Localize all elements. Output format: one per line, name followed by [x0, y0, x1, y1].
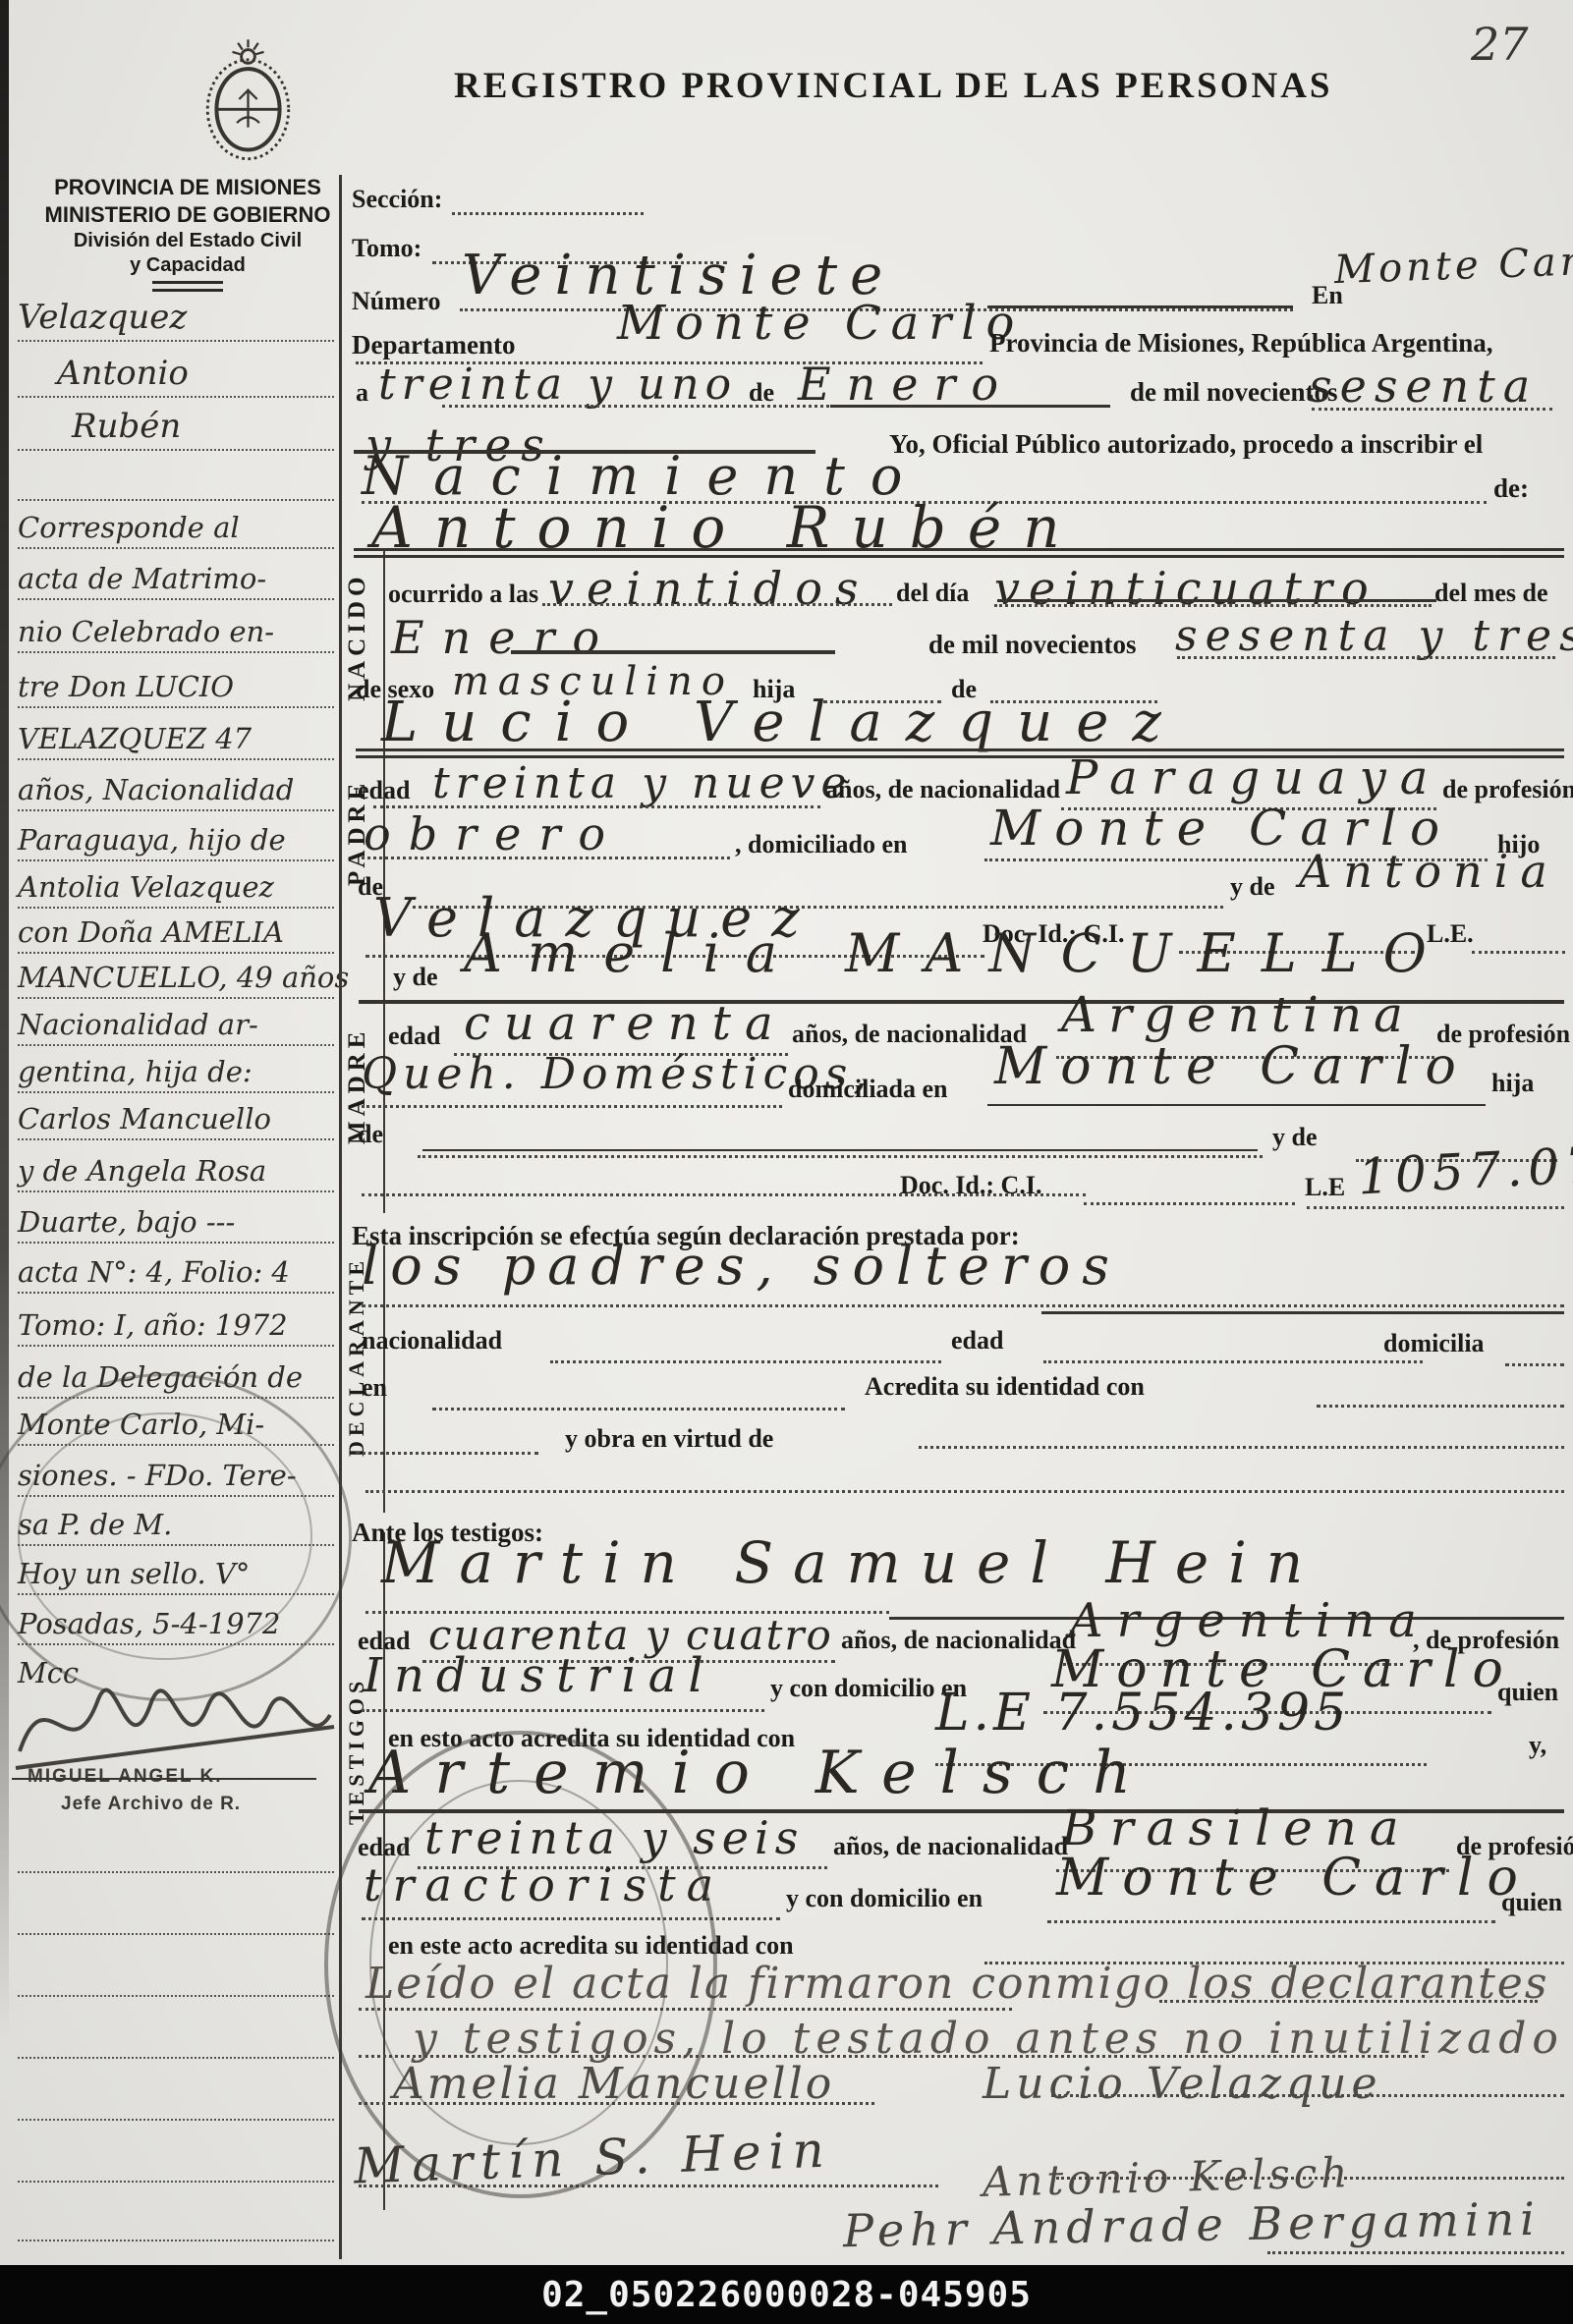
numero-label: Número [352, 287, 441, 316]
margin-note: con Doña AMELIA [18, 915, 334, 954]
dotted-line [418, 1155, 1263, 1158]
margin-note: acta N°: 4, Folio: 4 [18, 1255, 334, 1294]
dotted-line [919, 1446, 1564, 1449]
coat-of-arms-icon [192, 37, 305, 161]
madre-yde-label: y de [393, 963, 438, 992]
seccion-label: Sección: [352, 185, 442, 214]
decl-nacionalidad-label: nacionalidad [362, 1326, 502, 1356]
dotted-line [1043, 1360, 1423, 1363]
dotted-line [359, 2185, 938, 2187]
madre-de-label: de [358, 1120, 383, 1149]
anio-value: sesenta y tres [1175, 615, 1573, 658]
dotted-line [1505, 1363, 1564, 1366]
solid-line [987, 1104, 1486, 1106]
solid-line [987, 305, 1293, 308]
dotted-line [1307, 1206, 1564, 1209]
margin-note: y de Angela Rosa [18, 1154, 334, 1192]
madre-hija-label: hija [1491, 1069, 1534, 1098]
dotted-line [1159, 2000, 1538, 2003]
dotted-line [432, 1408, 845, 1411]
provincia-label: Provincia de Misiones, República Argenti… [989, 328, 1493, 359]
margin-note: Corresponde al [18, 511, 334, 549]
margin-note: Duarte, bajo --- [18, 1205, 334, 1244]
de-mil-label: de mil novecientos [1130, 377, 1337, 408]
office-name-line2: MINISTERIO DE GOBIERNO [44, 202, 331, 228]
decl-acredita-label: Acredita su identidad con [865, 1372, 1145, 1402]
madre-edad-value: cuarenta [464, 1000, 787, 1047]
madre-nacionalidad-value: Argentina [1061, 990, 1415, 1039]
dotted-line [18, 1933, 334, 1935]
margin-note: VELAZQUEZ 47 [18, 722, 334, 760]
scan-code-bar: 02_050226000028-045905 [0, 2265, 1573, 2324]
scanned-birth-certificate: REGISTRO PROVINCIAL DE LAS PERSONAS 27 P… [0, 0, 1573, 2324]
margin-note: nio Celebrado en- [18, 615, 334, 653]
madre-dom-label: domiciliada en [788, 1075, 948, 1104]
departamento-value: Monte Carlo [617, 300, 1024, 347]
dotted-line [442, 405, 835, 408]
dotted-line [1051, 2094, 1564, 2097]
round-stamp-left-inner [18, 1412, 312, 1660]
dotted-line [18, 2240, 334, 2241]
madre-nac-label: años, de nacionalidad [792, 1020, 1027, 1049]
t2-dom-label: y con domicilio en [786, 1884, 983, 1913]
solid-line [1041, 1311, 1564, 1314]
section-rail [383, 550, 385, 1213]
padre-yde-label: y de [1230, 872, 1275, 902]
margin-note: Rubén [18, 407, 334, 451]
page-title: REGISTRO PROVINCIAL DE LAS PERSONAS [454, 65, 1333, 107]
dotted-line [1267, 2251, 1564, 2254]
dotted-line [550, 1360, 941, 1363]
dotted-line [362, 1105, 782, 1108]
t1-y-label: y, [1529, 1731, 1546, 1760]
archivist-stamp-role: Jefe Archivo de R. [61, 1794, 241, 1815]
fecha-anio1-value: sesenta [1309, 363, 1538, 409]
decl-obra-label: y obra en virtud de [565, 1424, 773, 1454]
t2-domicilio-value: Monte Carlo [1056, 1853, 1532, 1904]
madre-nombre: Amelia MANCUELLO [464, 927, 1452, 980]
madre-le-numero: 1057.075 [1357, 1138, 1573, 1202]
margin-note: Paraguaya, hijo de [18, 823, 334, 861]
dotted-line [18, 2181, 334, 2183]
office-division-line1: División del Estado Civil [44, 230, 331, 252]
dotted-line [542, 603, 892, 606]
oficial-label: Yo, Oficial Público autorizado, procedo … [889, 429, 1483, 460]
dotted-line [18, 1871, 334, 1873]
t1-documento-value: L.E 7.554.395 [935, 1688, 1350, 1739]
declarantes-value: los padres, solteros [362, 1240, 1121, 1293]
margin-note: Antolia Velazquez [18, 870, 334, 909]
round-stamp-center-inner [369, 1780, 668, 2145]
margin-note: gentina, hija de: [18, 1055, 334, 1093]
archivist-stamp-name: MIGUEL ANGEL K. [28, 1766, 223, 1788]
dotted-line [356, 1452, 538, 1455]
t2-quien-label: quien [1501, 1888, 1562, 1917]
dotted-line [365, 1490, 1564, 1493]
a-label: a [356, 378, 368, 408]
firma-padre: Lucio Velazque [983, 2063, 1382, 2106]
margin-note: Carlos Mancuello [18, 1102, 334, 1140]
dotted-line [994, 604, 1432, 607]
madre-domicilio-value: Monte Carlo [994, 1041, 1470, 1092]
strike-line [12, 1778, 316, 1780]
margin-note: tre Don LUCIO [18, 670, 334, 708]
de-colon-label: de: [1493, 473, 1529, 504]
del-dia-label: del día [896, 579, 969, 608]
dotted-line [18, 2119, 334, 2121]
decl-domicilia-label: domicilia [1383, 1329, 1485, 1358]
margin-note: Velazquez [18, 298, 334, 342]
t1-nacionalidad-value: Argentina [1069, 1597, 1431, 1644]
padre-edad-label: edad [358, 776, 410, 805]
t1-profesion-value: Industrial [364, 1652, 715, 1699]
decl-en-label: en [362, 1373, 387, 1403]
solid-line [422, 1149, 1258, 1151]
t1-quien-label: quien [1497, 1678, 1558, 1707]
departamento-label: Departamento [352, 330, 515, 360]
scan-code: 02_050226000028-045905 [0, 2275, 1573, 2315]
padre-profesion-value: obrero [364, 811, 623, 857]
fecha-dia-value: treinta y uno [378, 363, 737, 407]
dotted-line [1047, 1920, 1495, 1923]
margin-note: Tomo: I, año: 1972 [18, 1308, 334, 1347]
solid-line [511, 650, 835, 654]
dotted-line [1472, 951, 1565, 954]
de-mil-label-2: de mil novecientos [928, 630, 1136, 660]
del-mes-label: del mes de [1434, 579, 1548, 608]
ocurrido-label: ocurrido a las [388, 580, 538, 609]
madre-edad-label: edad [388, 1022, 440, 1051]
decl-edad-label: edad [951, 1326, 1003, 1356]
padre-dom-label: , domiciliado en [735, 830, 908, 859]
madre-le-label: L.E [1305, 1173, 1345, 1202]
dotted-line [1056, 2177, 1564, 2180]
fecha-mes-value: Enero [798, 361, 1014, 407]
dotted-line [18, 499, 334, 501]
dotted-line [362, 857, 730, 859]
lugar-value: Monte Carlo [1333, 241, 1573, 290]
testigo1-nombre: Martin Samuel Hein [381, 1534, 1322, 1591]
madre-yde2-label: y de [1272, 1123, 1318, 1152]
dotted-line [18, 2057, 334, 2059]
margin-note: Nacionalidad ar- [18, 1008, 334, 1046]
tomo-label: Tomo: [352, 234, 421, 263]
solid-line [997, 599, 1436, 602]
margin-note: Antonio [18, 354, 334, 398]
double-line [354, 548, 1564, 558]
dotted-line [362, 1304, 1564, 1307]
padre-prof-label: de profesión [1442, 775, 1573, 804]
solid-line [830, 405, 1110, 408]
madre-doc-label: Doc. Id.: C.I. [900, 1171, 1041, 1200]
padre-nombre: Lucio Velazquez [381, 695, 1185, 750]
de-label: de [749, 378, 774, 408]
scan-edge-shadow [0, 0, 9, 2265]
t2-nacionalidad-value: Brasilena [1061, 1803, 1412, 1853]
t1-nac-label: años, de nacionalidad [841, 1626, 1076, 1655]
margin-note: acta de Matrimo- [18, 562, 334, 600]
page-number: 27 [1471, 22, 1529, 67]
abuela-nombre-value: Antonia [1299, 849, 1559, 894]
dotted-line [362, 1709, 764, 1712]
dotted-line [452, 212, 644, 215]
dotted-line [1177, 656, 1555, 659]
padre-edad-value: treinta y nueve [432, 762, 853, 805]
dotted-line [1312, 408, 1552, 411]
office-division-line2: y Capacidad [44, 254, 331, 277]
padre-nacionalidad-value: Paraguaya [1066, 754, 1441, 802]
office-double-rule [152, 281, 223, 292]
dotted-line [1317, 1405, 1564, 1408]
margin-note: años, Nacionalidad [18, 773, 334, 811]
dotted-line [1084, 1202, 1295, 1205]
dotted-line [18, 1995, 334, 1997]
firma-oficial: Pehr Andrade Bergamini [843, 2196, 1542, 2253]
office-name-line1: PROVINCIA DE MISIONES [44, 175, 331, 200]
t2-nac-label: años, de nacionalidad [833, 1832, 1068, 1861]
margin-note: MANCUELLO, 49 años [18, 961, 334, 999]
